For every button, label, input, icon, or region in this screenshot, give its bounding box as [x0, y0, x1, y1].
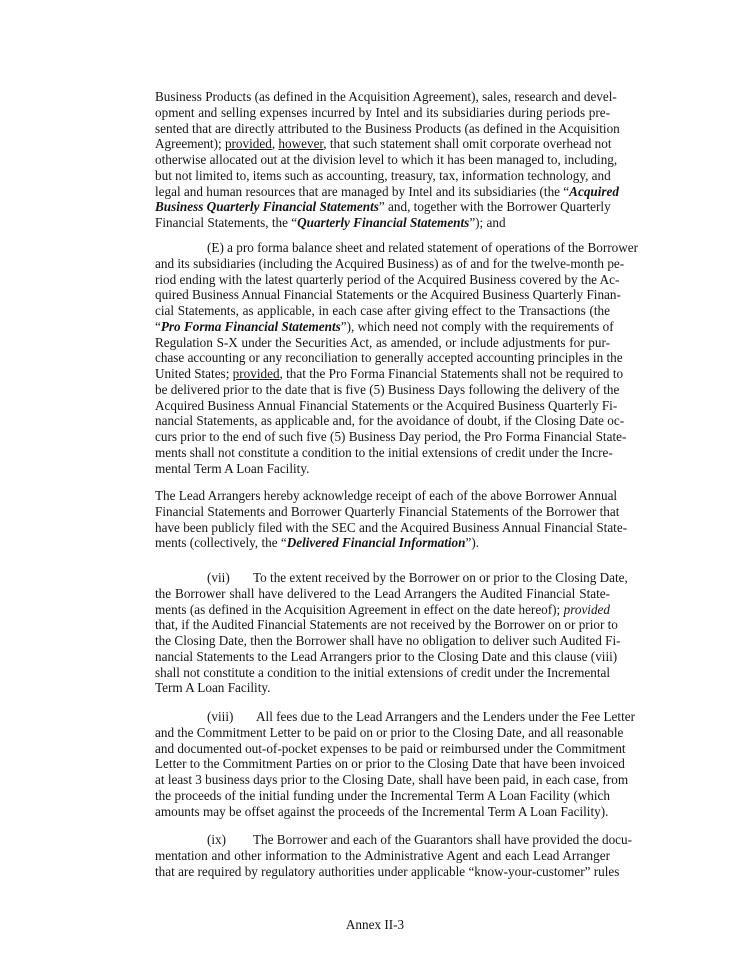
paragraph-lead-arrangers-acknowledge: The Lead Arrangers hereby acknowledge re… — [155, 488, 610, 551]
text-line: mental Term A Loan Facility. — [155, 461, 610, 477]
text-line: Agreement); provided, however, that such… — [155, 136, 610, 152]
text-line: (ix)The Borrower and each of the Guarant… — [155, 832, 610, 848]
defined-term: Pro Forma Financial Statements — [161, 319, 341, 334]
text-line: that are required by regulatory authorit… — [155, 864, 610, 880]
text-line: “Pro Forma Financial Statements”), which… — [155, 319, 610, 335]
text-line: the Borrower shall have delivered to the… — [155, 586, 610, 602]
text-line: curs prior to the end of such five (5) B… — [155, 429, 610, 445]
text-line: ments shall not constitute a condition t… — [155, 445, 610, 461]
text-line: Term A Loan Facility. — [155, 680, 610, 696]
text-line: riod ending with the latest quarterly pe… — [155, 272, 610, 288]
page-footer: Annex II-3 — [0, 917, 750, 933]
underlined-term: however — [278, 136, 323, 151]
paragraph-acquired-business-quarterly: Business Products (as defined in the Acq… — [155, 89, 610, 231]
clause-number: (ix) — [207, 832, 253, 848]
underlined-term: provided — [225, 136, 272, 151]
text-line: Regulation S-X under the Securities Act,… — [155, 335, 610, 351]
text-line: Letter to the Commitment Parties on or p… — [155, 756, 610, 772]
text-line: Financial Statements, the “Quarterly Fin… — [155, 215, 610, 231]
text-line: mentation and other information to the A… — [155, 848, 610, 864]
text-line: that, if the Audited Financial Statement… — [155, 617, 610, 633]
paragraph-clause-e: (E) a pro forma balance sheet and relate… — [155, 240, 610, 476]
defined-term: Delivered Financial Information — [287, 535, 466, 550]
text-line: ments (as defined in the Acquisition Agr… — [155, 602, 610, 618]
text-line: at least 3 business days prior to the Cl… — [155, 772, 610, 788]
text-line: have been publicly filed with the SEC an… — [155, 520, 610, 536]
document-page: Business Products (as defined in the Acq… — [0, 0, 750, 970]
text-line: the proceeds of the initial funding unde… — [155, 788, 610, 804]
underlined-term: provided — [233, 366, 280, 381]
paragraph-clause-viii: (viii)All fees due to the Lead Arrangers… — [155, 709, 610, 819]
text-line: (viii)All fees due to the Lead Arrangers… — [155, 709, 610, 725]
text-line: Acquired Business Annual Financial State… — [155, 398, 610, 414]
text-line: and its subsidiaries (including the Acqu… — [155, 256, 610, 272]
text-line: The Lead Arrangers hereby acknowledge re… — [155, 488, 610, 504]
clause-number: (viii) — [207, 709, 256, 725]
text-line: (E) a pro forma balance sheet and relate… — [155, 240, 610, 256]
text-line: shall not constitute a condition to the … — [155, 665, 610, 681]
text-line: sented that are directly attributed to t… — [155, 121, 610, 137]
text-line: chase accounting or any reconciliation t… — [155, 350, 610, 366]
text-line: and the Commitment Letter to be paid on … — [155, 725, 610, 741]
text-line: Financial Statements and Borrower Quarte… — [155, 504, 610, 520]
italic-term: provided — [564, 602, 610, 617]
text-line: (vii)To the extent received by the Borro… — [155, 570, 610, 586]
text-line: ments (collectively, the “Delivered Fina… — [155, 535, 610, 551]
text-line: United States; provided, that the Pro Fo… — [155, 366, 610, 382]
paragraph-clause-ix: (ix)The Borrower and each of the Guarant… — [155, 832, 610, 879]
text-line: cial Statements, as applicable, in each … — [155, 303, 610, 319]
text-line: Business Quarterly Financial Statements”… — [155, 199, 610, 215]
text-line: the Closing Date, then the Borrower shal… — [155, 633, 610, 649]
text-line: otherwise allocated out at the division … — [155, 152, 610, 168]
text-line: but not limited to, items such as accoun… — [155, 168, 610, 184]
paragraph-clause-vii: (vii)To the extent received by the Borro… — [155, 570, 610, 696]
text-line: Business Products (as defined in the Acq… — [155, 89, 610, 105]
text-line: opment and selling expenses incurred by … — [155, 105, 610, 121]
defined-term: Quarterly Financial Statements — [297, 215, 469, 230]
text-line: nancial Statements to the Lead Arrangers… — [155, 649, 610, 665]
text-line: legal and human resources that are manag… — [155, 184, 610, 200]
defined-term: Business Quarterly Financial Statements — [155, 199, 379, 214]
clause-number: (vii) — [207, 570, 253, 586]
text-line: quired Business Annual Financial Stateme… — [155, 287, 610, 303]
text-line: nancial Statements, as applicable and, f… — [155, 413, 610, 429]
text-line: amounts may be offset against the procee… — [155, 804, 610, 820]
text-line: be delivered prior to the date that is f… — [155, 382, 610, 398]
defined-term: Acquired — [569, 184, 619, 199]
text-line: and documented out-of-pocket expenses to… — [155, 741, 610, 757]
